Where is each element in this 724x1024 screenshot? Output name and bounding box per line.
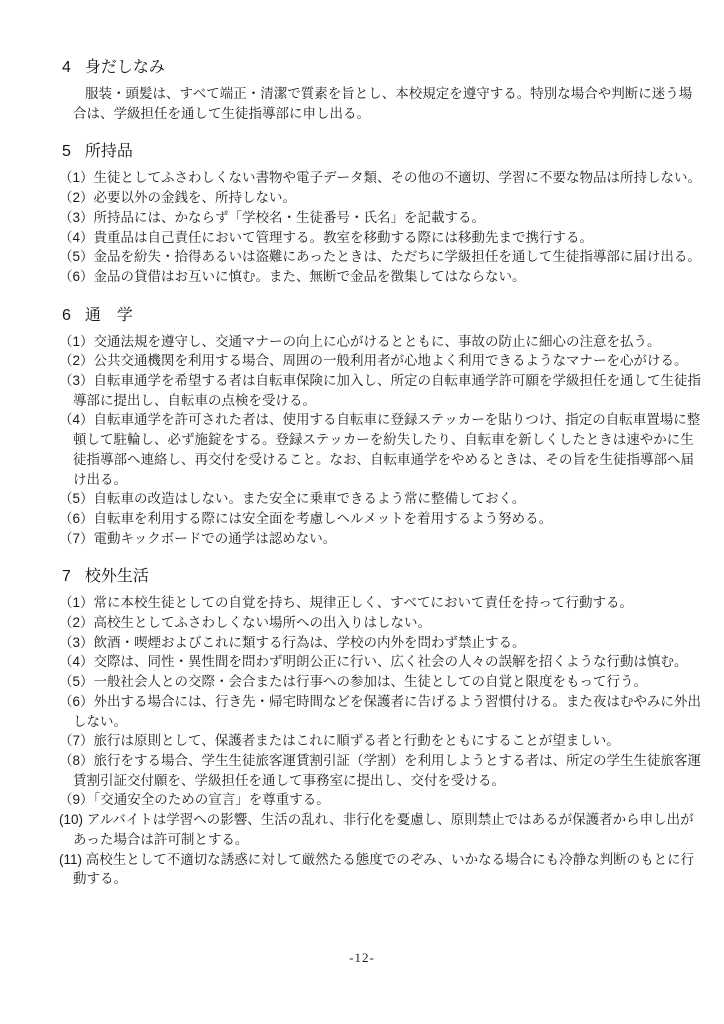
rule-item-number: (11) bbox=[59, 852, 86, 867]
rule-item-text: 所持品には、かならず「学校名・生徒番号・氏名」を記載する。 bbox=[94, 210, 486, 225]
rule-item-number: （5） bbox=[59, 249, 94, 264]
rule-item-text: 交際は、同性・異性間を問わず明朗公正に行い、広く社会の人々の誤解を招くような行動… bbox=[94, 654, 688, 669]
rule-item-number: （4） bbox=[59, 654, 94, 669]
rule-item-text: アルバイトは学習への影響、生活の乱れ、非行化を憂慮し、原則禁止ではあるが保護者か… bbox=[73, 812, 694, 847]
rule-item-number: （2） bbox=[59, 353, 94, 368]
rule-item-number: （4） bbox=[59, 412, 94, 427]
rule-item: （5）一般社会人との交際・会合または行事への参加は、生徒としての自覚と限度をもっ… bbox=[59, 672, 701, 692]
page-number: -12- bbox=[0, 950, 724, 966]
section-5: 5所持品（1）生徒としてふさわしくない書物や電子データ類、その他の不適切、学習に… bbox=[59, 140, 701, 286]
rule-item-number: （1） bbox=[59, 595, 94, 610]
rule-item: （2）必要以外の金銭を、所持しない。 bbox=[59, 188, 701, 208]
rule-item-text: 「交通安全のための宣言」を尊重する。 bbox=[94, 792, 330, 807]
rule-item-number: （3） bbox=[59, 635, 94, 650]
rule-item: （6）外出する場合には、行き先・帰宅時間などを保護者に告げるよう習慣付ける。また… bbox=[59, 692, 701, 731]
rule-item: （2）公共交通機関を利用する場合、周囲の一般利用者が心地よく利用できるようなマナ… bbox=[59, 351, 701, 371]
rule-item: （4）自転車通学を許可された者は、使用する自転車に登録ステッカーを貼りつけ、指定… bbox=[59, 410, 701, 489]
rule-item-text: 生徒としてふさわしくない書物や電子データ類、その他の不適切、学習に不要な物品は所… bbox=[94, 170, 702, 185]
rule-item-text: 高校生としてふさわしくない場所への出入りはしない。 bbox=[94, 615, 432, 630]
rule-item-number: （7） bbox=[59, 733, 94, 748]
section-heading: 7校外生活 bbox=[59, 565, 701, 588]
rule-item-text: 飲酒・喫煙およびこれに類する行為は、学校の内外を問わず禁止する。 bbox=[94, 635, 526, 650]
rule-item-text: 旅行は原則として、保護者またはこれに順ずる者と行動をともにすることが望ましい。 bbox=[94, 733, 620, 748]
rule-item-number: （4） bbox=[59, 230, 94, 245]
rule-item: （3）飲酒・喫煙およびこれに類する行為は、学校の内外を問わず禁止する。 bbox=[59, 633, 701, 653]
section-heading: 6通 学 bbox=[59, 304, 701, 327]
rule-item-number: （5） bbox=[59, 491, 94, 506]
rule-item: （5）自転車の改造はしない。また安全に乗車できるよう常に整備しておく。 bbox=[59, 489, 701, 509]
rule-item-number: （2） bbox=[59, 615, 94, 630]
rule-item-text: 公共交通機関を利用する場合、周囲の一般利用者が心地よく利用できるようなマナーを心… bbox=[94, 353, 688, 368]
rule-item-text: 自転車通学を許可された者は、使用する自転車に登録ステッカーを貼りつけ、指定の自転… bbox=[73, 412, 700, 486]
rule-item: （1）常に本校生徒としての自覚を持ち、規律正しく、すべてにおいて責任を持って行動… bbox=[59, 593, 701, 613]
section-number: 4 bbox=[62, 59, 71, 76]
rule-item: （1）生徒としてふさわしくない書物や電子データ類、その他の不適切、学習に不要な物… bbox=[59, 168, 701, 188]
section-title: 校外生活 bbox=[85, 568, 149, 585]
rule-item-text: 交通法規を遵守し、交通マナーの向上に心がけるとともに、事故の防止に細心の注意を払… bbox=[94, 334, 661, 349]
section-4: 4身だしなみ服装・頭髪は、すべて端正・清潔で質素を旨とし、本校規定を遵守する。特… bbox=[59, 56, 701, 123]
rule-item-text: 金品を紛失・拾得あるいは盗難にあったときは、ただちに学級担任を通して生徒指導部に… bbox=[94, 249, 701, 264]
rule-item: （9）「交通安全のための宣言」を尊重する。 bbox=[59, 790, 701, 810]
rule-item: （6）金品の貸借はお互いに慎む。また、無断で金品を徴集してはならない。 bbox=[59, 267, 701, 287]
rule-item-text: 外出する場合には、行き先・帰宅時間などを保護者に告げるよう習慣付ける。また夜はむ… bbox=[73, 694, 701, 729]
rule-item: （7）旅行は原則として、保護者またはこれに順ずる者と行動をともにすることが望まし… bbox=[59, 731, 701, 751]
section-number: 6 bbox=[62, 307, 71, 324]
section-7: 7校外生活（1）常に本校生徒としての自覚を持ち、規律正しく、すべてにおいて責任を… bbox=[59, 565, 701, 889]
section-title: 所持品 bbox=[85, 143, 133, 160]
section-title: 身だしなみ bbox=[85, 59, 165, 76]
rule-item: （1）交通法規を遵守し、交通マナーの向上に心がけるとともに、事故の防止に細心の注… bbox=[59, 332, 701, 352]
rule-item-number: （6） bbox=[59, 269, 94, 284]
document-page: 4身だしなみ服装・頭髪は、すべて端正・清潔で質素を旨とし、本校規定を遵守する。特… bbox=[0, 0, 724, 1024]
rule-item: （4）交際は、同性・異性間を問わず明朗公正に行い、広く社会の人々の誤解を招くよう… bbox=[59, 652, 701, 672]
rule-item-number: （2） bbox=[59, 190, 94, 205]
rule-item: (10) アルバイトは学習への影響、生活の乱れ、非行化を憂慮し、原則禁止ではある… bbox=[59, 810, 701, 849]
rule-item-number: （6） bbox=[59, 511, 94, 526]
rule-item: （5）金品を紛失・拾得あるいは盗難にあったときは、ただちに学級担任を通して生徒指… bbox=[59, 247, 701, 267]
rule-item-text: 旅行をする場合、学生生徒旅客運賃割引証（学割）を利用しようとする者は、所定の学生… bbox=[73, 753, 701, 788]
rule-item-number: （6） bbox=[59, 694, 94, 709]
rule-item-text: 貴重品は自己責任において管理する。教室を移動する際には移動先まで携行する。 bbox=[94, 230, 594, 245]
rule-item-number: （1） bbox=[59, 170, 94, 185]
rule-item: (11) 高校生として不適切な誘惑に対して厳然たる態度でのぞみ、いかなる場合にも… bbox=[59, 850, 701, 889]
rule-item-number: （7） bbox=[59, 531, 94, 546]
section-heading: 5所持品 bbox=[59, 140, 701, 163]
rule-item-number: （3） bbox=[59, 210, 94, 225]
rule-item-text: 必要以外の金銭を、所持しない。 bbox=[94, 190, 297, 205]
rule-item-text: 自転車を利用する際には安全面を考慮しヘルメットを着用するよう努める。 bbox=[94, 511, 553, 526]
section-number: 5 bbox=[62, 143, 71, 160]
section-number: 7 bbox=[62, 568, 71, 585]
section-6: 6通 学（1）交通法規を遵守し、交通マナーの向上に心がけるとともに、事故の防止に… bbox=[59, 304, 701, 549]
rule-item-text: 高校生として不適切な誘惑に対して厳然たる態度でのぞみ、いかなる場合にも冷静な判断… bbox=[73, 852, 694, 887]
rule-item-text: 自転車通学を希望する者は自転車保険に加入し、所定の自転車通学許可願を学級担任を通… bbox=[73, 373, 701, 408]
rule-item: （7）電動キックボードでの通学は認めない。 bbox=[59, 529, 701, 549]
rule-item: （6）自転車を利用する際には安全面を考慮しヘルメットを着用するよう努める。 bbox=[59, 509, 701, 529]
rule-item-number: （3） bbox=[59, 373, 94, 388]
section-title: 通 学 bbox=[85, 307, 133, 324]
rule-item-text: 自転車の改造はしない。また安全に乗車できるよう常に整備しておく。 bbox=[94, 491, 526, 506]
document-content: 4身だしなみ服装・頭髪は、すべて端正・清潔で質素を旨とし、本校規定を遵守する。特… bbox=[59, 56, 701, 906]
rule-item-text: 金品の貸借はお互いに慎む。また、無断で金品を徴集してはならない。 bbox=[94, 269, 526, 284]
rule-item-text: 一般社会人との交際・会合または行事への参加は、生徒としての自覚と限度をもって行う… bbox=[94, 674, 648, 689]
rule-item: （8）旅行をする場合、学生生徒旅客運賃割引証（学割）を利用しようとする者は、所定… bbox=[59, 751, 701, 790]
rule-item-number: （5） bbox=[59, 674, 94, 689]
rule-item: （4）貴重品は自己責任において管理する。教室を移動する際には移動先まで携行する。 bbox=[59, 228, 701, 248]
rule-item: （2）高校生としてふさわしくない場所への出入りはしない。 bbox=[59, 613, 701, 633]
rule-item: （3）自転車通学を希望する者は自転車保険に加入し、所定の自転車通学許可願を学級担… bbox=[59, 371, 701, 410]
rule-item-number: （9） bbox=[59, 792, 94, 807]
rule-item-number: (10) bbox=[59, 812, 87, 827]
rule-item-text: 電動キックボードでの通学は認めない。 bbox=[94, 531, 337, 546]
rule-item: （3）所持品には、かならず「学校名・生徒番号・氏名」を記載する。 bbox=[59, 208, 701, 228]
rule-item-number: （1） bbox=[59, 334, 94, 349]
rule-item-number: （8） bbox=[59, 753, 94, 768]
rule-item-text: 常に本校生徒としての自覚を持ち、規律正しく、すべてにおいて責任を持って行動する。 bbox=[94, 595, 633, 610]
section-heading: 4身だしなみ bbox=[59, 56, 701, 79]
section-paragraph: 服装・頭髪は、すべて端正・清潔で質素を旨とし、本校規定を遵守する。特別な場合や判… bbox=[59, 84, 701, 123]
